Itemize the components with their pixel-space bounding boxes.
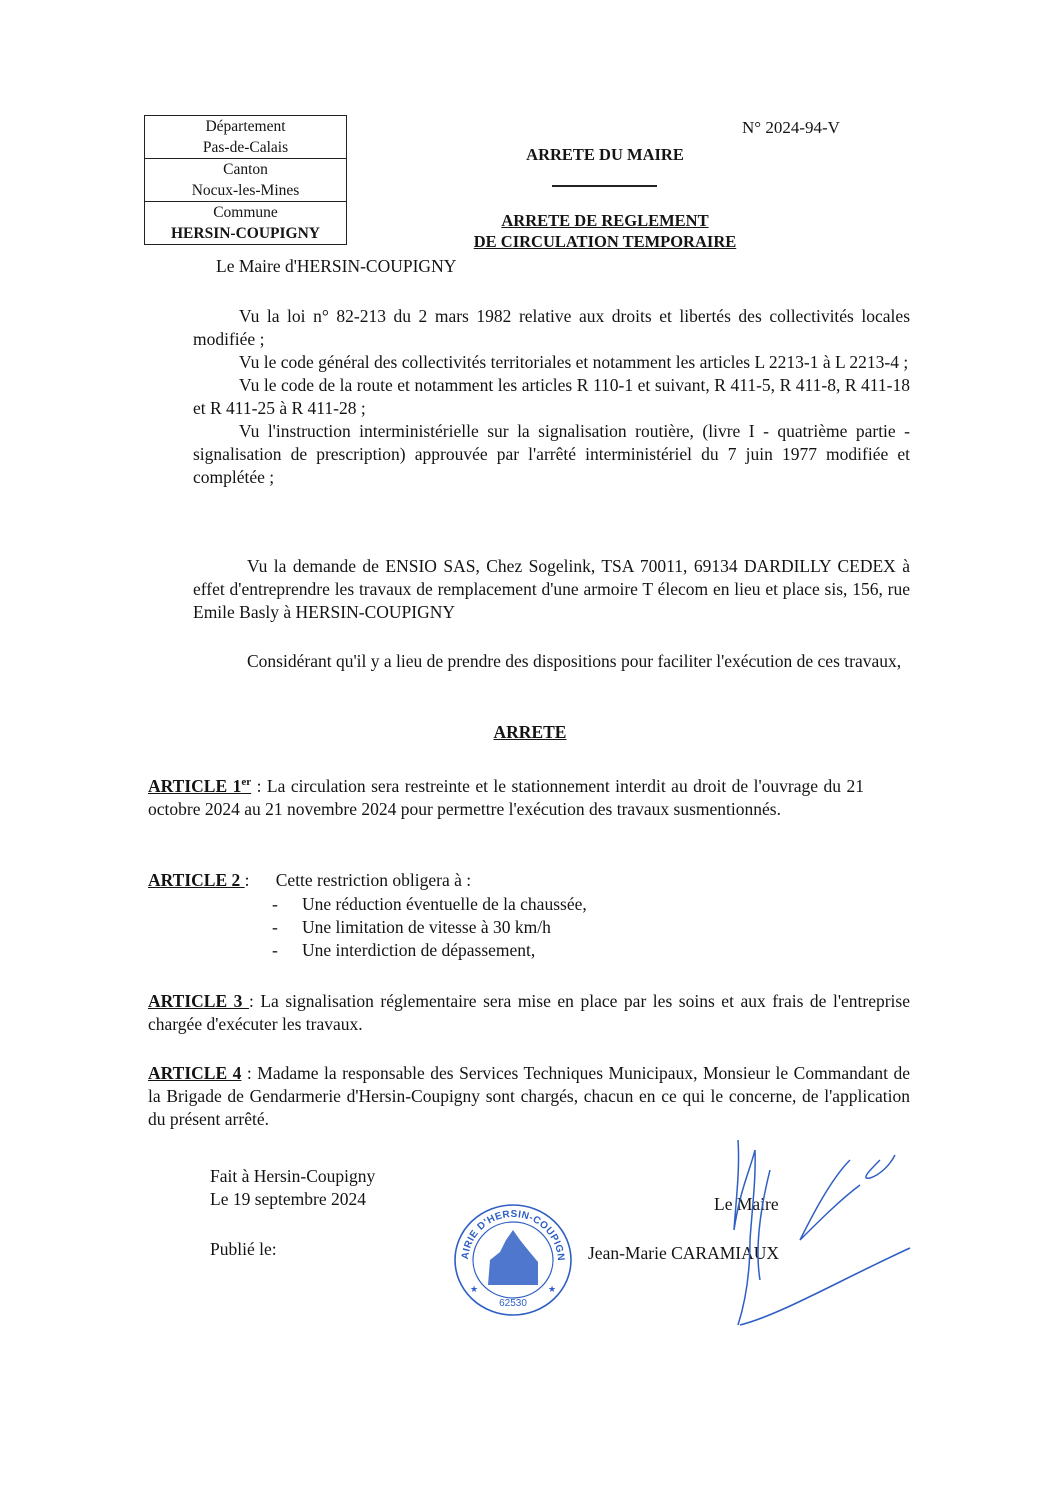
department-cell: Département Pas-de-Calais <box>145 116 346 159</box>
consideration-item: Vu l'instruction interministérielle sur … <box>193 420 910 489</box>
document-title: ARRETE DU MAIRE <box>420 145 790 165</box>
commune-label: Commune <box>145 202 346 223</box>
svg-text:62530: 62530 <box>499 1298 527 1309</box>
town-hall-stamp: MAIRIE D'HERSIN-COUPIGNY ★ ★ 62530 <box>448 1200 578 1318</box>
considerations: Vu la loi n° 82-213 du 2 mars 1982 relat… <box>193 305 910 489</box>
article-3-text: : La signalisation réglementaire sera mi… <box>148 991 910 1034</box>
list-item: -Une réduction éventuelle de la chaussée… <box>272 893 587 916</box>
subtitle-line-2: DE CIRCULATION TEMPORAIRE <box>420 231 790 252</box>
commune-value: HERSIN-COUPIGNY <box>145 223 346 244</box>
request-paragraph: Vu la demande de ENSIO SAS, Chez Sogelin… <box>193 555 910 624</box>
department-value: Pas-de-Calais <box>145 137 346 158</box>
svg-text:★: ★ <box>470 1284 478 1294</box>
article-2-label: ARTICLE 2 <box>148 870 245 890</box>
department-label: Département <box>145 116 346 137</box>
consideration-item: Vu le code général des collectivités ter… <box>193 351 910 374</box>
list-item: -Une limitation de vitesse à 30 km/h <box>272 916 587 939</box>
article-1-text: : La circulation sera restreinte et le s… <box>148 776 864 819</box>
canton-label: Canton <box>145 159 346 180</box>
article-4: ARTICLE 4 : Madame la responsable des Se… <box>148 1062 910 1131</box>
document-subtitle: ARRETE DE REGLEMENT DE CIRCULATION TEMPO… <box>420 210 790 252</box>
article-2-list: -Une réduction éventuelle de la chaussée… <box>272 893 587 962</box>
commune-cell: Commune HERSIN-COUPIGNY <box>145 202 346 244</box>
canton-cell: Canton Nocux-les-Mines <box>145 159 346 202</box>
consideration-item: Vu le code de la route et notamment les … <box>193 374 910 420</box>
title-divider <box>552 185 657 187</box>
article-1-label: ARTICLE 1er <box>148 776 251 796</box>
mayor-signature <box>700 1130 930 1340</box>
canton-value: Nocux-les-Mines <box>145 180 346 201</box>
list-item: -Une interdiction de dépassement, <box>272 939 587 962</box>
article-4-text: : Madame la responsable des Services Tec… <box>148 1063 910 1129</box>
article-2: ARTICLE 2 : Cette restriction obligera à… <box>148 869 864 892</box>
arrete-heading: ARRETE <box>150 722 910 743</box>
published-label: Publié le: <box>210 1238 277 1261</box>
svg-text:★: ★ <box>548 1284 556 1294</box>
article-1: ARTICLE 1er : La circulation sera restre… <box>148 771 864 821</box>
article-4-label: ARTICLE 4 <box>148 1063 241 1083</box>
header-box: Département Pas-de-Calais Canton Nocux-l… <box>144 115 347 245</box>
signing-date: Le 19 septembre 2024 <box>210 1188 366 1211</box>
intro-line: Le Maire d'HERSIN-COUPIGNY <box>216 255 456 278</box>
article-2-text: : Cette restriction obligera à : <box>245 870 471 890</box>
article-3: ARTICLE 3 : La signalisation réglementai… <box>148 990 910 1036</box>
reference-number: N° 2024-94-V <box>742 118 840 138</box>
subtitle-line-1: ARRETE DE REGLEMENT <box>420 210 790 231</box>
considering-paragraph: Considérant qu'il y a lieu de prendre de… <box>193 650 910 673</box>
signing-place: Fait à Hersin-Coupigny <box>210 1165 375 1188</box>
consideration-item: Vu la loi n° 82-213 du 2 mars 1982 relat… <box>193 305 910 351</box>
article-3-label: ARTICLE 3 <box>148 991 249 1011</box>
